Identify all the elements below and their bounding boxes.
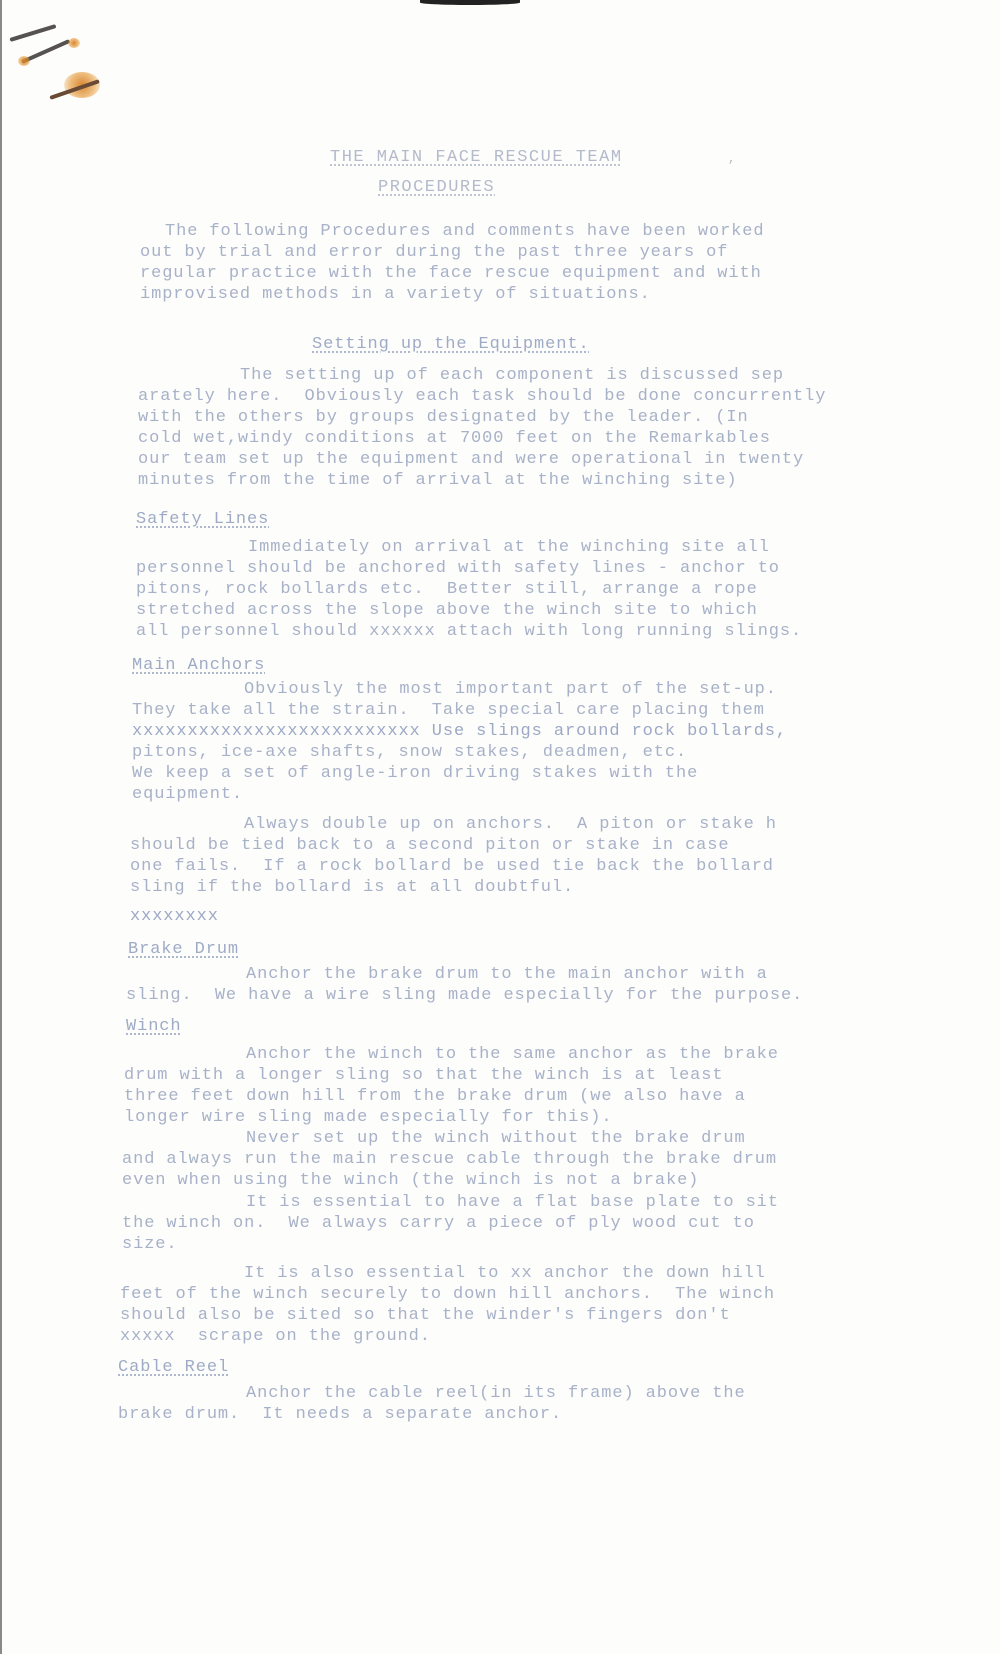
- winch-line: and always run the main rescue cable thr…: [122, 1150, 777, 1169]
- winch-line: drum with a longer sling so that the win…: [124, 1066, 724, 1085]
- anchors-line: We keep a set of angle-iron driving stak…: [132, 764, 698, 783]
- safety-line: pitons, rock bollards etc. Better still,…: [136, 580, 758, 599]
- winch-line: feet of the winch securely to down hill …: [120, 1285, 775, 1304]
- winch-line: xxxxx scrape on the ground.: [120, 1327, 431, 1346]
- staple-mark: [9, 24, 56, 42]
- heading-cable-reel: Cable Reel: [118, 1358, 229, 1377]
- scan-shadow: [420, 0, 520, 5]
- anchors-line: should be tied back to a second piton or…: [130, 836, 730, 855]
- winch-line: longer wire sling made especially for th…: [124, 1108, 612, 1127]
- rust-stain: [18, 56, 30, 66]
- winch-line: size.: [122, 1235, 178, 1254]
- rust-stain: [68, 38, 80, 48]
- heading-main-anchors: Main Anchors: [132, 656, 265, 675]
- document-title: THE MAIN FACE RESCUE TEAM: [330, 148, 623, 167]
- setup-line: arately here. Obviously each task should…: [138, 387, 826, 406]
- anchors-line: pitons, ice-axe shafts, snow stakes, dea…: [132, 743, 687, 762]
- heading-safety-lines: Safety Lines: [136, 510, 269, 529]
- document-subtitle: PROCEDURES: [378, 178, 495, 197]
- setup-line: with the others by groups designated by …: [138, 408, 749, 427]
- setup-line: our team set up the equipment and were o…: [138, 450, 804, 469]
- brake-drum-line: Anchor the brake drum to the main anchor…: [246, 965, 768, 984]
- winch-line: Never set up the winch without the brake…: [246, 1129, 746, 1148]
- anchors-line: sling if the bollard is at all doubtful.: [130, 878, 574, 897]
- intro-line: improvised methods in a variety of situa…: [140, 285, 651, 304]
- winch-line: should also be sited so that the winder'…: [120, 1306, 731, 1325]
- anchors-line: one fails. If a rock bollard be used tie…: [130, 857, 774, 876]
- safety-line: Immediately on arrival at the winching s…: [248, 538, 770, 557]
- anchors-line: equipment.: [132, 785, 243, 804]
- intro-line: out by trial and error during the past t…: [140, 243, 728, 262]
- cable-reel-line: Anchor the cable reel(in its frame) abov…: [246, 1384, 746, 1403]
- page-edge: [0, 0, 2, 1654]
- brake-drum-line: sling. We have a wire sling made especia…: [126, 986, 803, 1005]
- intro-line: The following Procedures and comments ha…: [165, 222, 765, 241]
- struck-heading: xxxxxxxx: [130, 907, 219, 926]
- winch-line: It is essential to have a flat base plat…: [246, 1193, 779, 1212]
- anchors-line: Always double up on anchors. A piton or …: [244, 815, 777, 834]
- anchors-line: They take all the strain. Take special c…: [132, 701, 765, 720]
- anchors-line: xxxxxxxxxxxxxxxxxxxxxxxxxx Use slings ar…: [132, 722, 787, 741]
- safety-line: personnel should be anchored with safety…: [136, 559, 780, 578]
- winch-line: three feet down hill from the brake drum…: [124, 1087, 746, 1106]
- winch-line: even when using the winch (the winch is …: [122, 1171, 699, 1190]
- intro-line: regular practice with the face rescue eq…: [140, 264, 762, 283]
- anchors-line: Obviously the most important part of the…: [244, 680, 777, 699]
- heading-brake-drum: Brake Drum: [128, 940, 239, 959]
- section-heading-setup: Setting up the Equipment.: [312, 335, 590, 354]
- setup-line: cold wet,windy conditions at 7000 feet o…: [138, 429, 771, 448]
- setup-line: minutes from the time of arrival at the …: [138, 471, 738, 490]
- cable-reel-line: brake drum. It needs a separate anchor.: [118, 1405, 562, 1424]
- winch-line: the winch on. We always carry a piece of…: [122, 1214, 755, 1233]
- setup-line: The setting up of each component is disc…: [240, 366, 784, 385]
- safety-line: stretched across the slope above the win…: [136, 601, 758, 620]
- safety-line: all personnel should xxxxxx attach with …: [136, 622, 802, 641]
- winch-line: It is also essential to xx anchor the do…: [244, 1264, 766, 1283]
- winch-line: Anchor the winch to the same anchor as t…: [246, 1045, 779, 1064]
- heading-winch: Winch: [126, 1017, 182, 1036]
- stray-mark: ,: [728, 152, 735, 166]
